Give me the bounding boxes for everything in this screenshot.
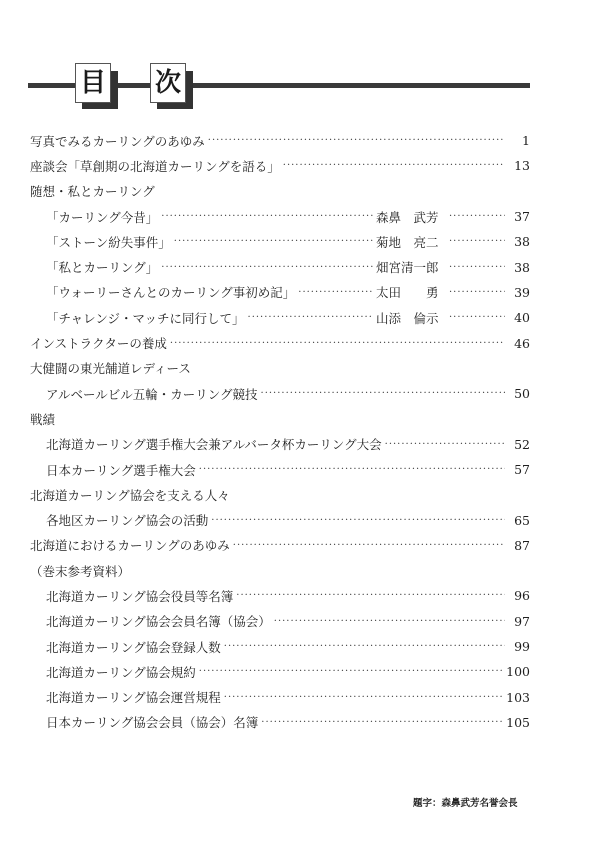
entry-title: 「私とカーリング」: [46, 258, 158, 276]
entry-title: 北海道カーリング協会会員名簿（協会）: [46, 612, 271, 630]
leader-dots: [449, 236, 505, 247]
section-title: （巻末参考資料）: [30, 562, 130, 580]
toc-section-heading: 随想・私とカーリング: [30, 179, 530, 204]
page-number: 46: [508, 336, 530, 351]
page-number: 38: [508, 260, 530, 275]
entry-title: 北海道におけるカーリングのあゆみ: [30, 536, 230, 554]
leader-dots: [161, 262, 373, 273]
toc-entry[interactable]: 北海道カーリング協会登録人数 99: [30, 634, 530, 659]
toc-entry[interactable]: 「カーリング今昔」 森鼻 武芳 37: [30, 204, 530, 229]
page-number: 37: [508, 209, 530, 224]
title-char: 次: [150, 63, 186, 103]
toc-entry[interactable]: 写真でみるカーリングのあゆみ 1: [30, 128, 530, 153]
entry-title: 写真でみるカーリングのあゆみ: [30, 132, 205, 150]
leader-dots: [449, 262, 505, 273]
page-number: 40: [508, 310, 530, 325]
entry-title: アルベールビル五輪・カーリング競技: [46, 385, 258, 403]
toc-entry[interactable]: 日本カーリング選手権大会 57: [30, 457, 530, 482]
toc-entry[interactable]: 北海道カーリング協会会員名簿（協会） 97: [30, 609, 530, 634]
leader-dots: [199, 464, 505, 475]
leader-dots: [170, 338, 505, 349]
page-number: 87: [508, 538, 530, 553]
title-calligraphy-credit: 題字：森鼻武芳名誉会長: [413, 795, 518, 809]
section-title: 北海道カーリング協会を支える人々: [30, 486, 230, 504]
entry-author: 菊地 亮二: [376, 233, 446, 251]
title-box-2: 次: [150, 63, 188, 103]
section-title: 戦績: [30, 410, 55, 428]
leader-dots: [449, 287, 505, 298]
toc-entry[interactable]: 「ストーン紛失事件」 菊地 亮二 38: [30, 229, 530, 254]
entry-title: 「ウォーリーさんとのカーリング事初め記」: [46, 283, 295, 301]
entry-title: 日本カーリング協会会員（協会）名簿: [46, 713, 258, 731]
toc-entry[interactable]: 北海道カーリング協会運営規程 103: [30, 685, 530, 710]
leader-dots: [283, 160, 505, 171]
toc-entry[interactable]: 「ウォーリーさんとのカーリング事初め記」 太田 勇 39: [30, 280, 530, 305]
leader-dots: [261, 717, 503, 728]
toc-section-heading: 戦績: [30, 406, 530, 431]
leader-dots: [233, 540, 505, 551]
leader-dots: [208, 135, 505, 146]
page-number: 39: [508, 285, 530, 300]
leader-dots: [274, 616, 505, 627]
toc-entry[interactable]: 北海道におけるカーリングのあゆみ 87: [30, 533, 530, 558]
leader-dots: [385, 439, 505, 450]
entry-author: 山添 倫示: [376, 309, 446, 327]
entry-title: 北海道カーリング協会登録人数: [46, 638, 221, 656]
table-of-contents: 写真でみるカーリングのあゆみ 1 座談会「草創期の北海道カーリングを語る」 13…: [30, 128, 530, 735]
leader-dots: [298, 287, 373, 298]
entry-title: 「チャレンジ・マッチに同行して」: [46, 309, 245, 327]
toc-entry[interactable]: アルベールビル五輪・カーリング競技 50: [30, 381, 530, 406]
entry-title: 北海道カーリング協会運営規程: [46, 688, 221, 706]
leader-dots: [161, 211, 373, 222]
entry-author: 森鼻 武芳: [376, 208, 446, 226]
leader-dots: [174, 236, 373, 247]
leader-dots: [224, 641, 505, 652]
title-char: 目: [75, 63, 111, 103]
toc-section-heading: 大健闘の東光舗道レディース: [30, 356, 530, 381]
leader-dots: [261, 388, 505, 399]
toc-entry[interactable]: インストラクターの養成 46: [30, 330, 530, 355]
page-number: 1: [508, 133, 530, 148]
entry-title: 各地区カーリング協会の活動: [46, 511, 208, 529]
toc-section-heading: 北海道カーリング協会を支える人々: [30, 482, 530, 507]
entry-title: 北海道カーリング選手権大会兼アルバータ杯カーリング大会: [46, 435, 382, 453]
page-number: 100: [506, 664, 530, 679]
page-number: 38: [508, 234, 530, 249]
leader-dots: [211, 515, 505, 526]
toc-entry[interactable]: 北海道カーリング選手権大会兼アルバータ杯カーリング大会 52: [30, 432, 530, 457]
toc-entry[interactable]: 座談会「草創期の北海道カーリングを語る」 13: [30, 153, 530, 178]
entry-author: 太田 勇: [376, 283, 446, 301]
leader-dots: [449, 312, 505, 323]
title-box-1: 目: [75, 63, 113, 103]
page-number: 50: [508, 386, 530, 401]
toc-entry[interactable]: 北海道カーリング協会規約 100: [30, 659, 530, 684]
toc-entry[interactable]: 日本カーリング協会会員（協会）名簿 105: [30, 710, 530, 735]
page-number: 97: [508, 614, 530, 629]
leader-dots: [199, 666, 503, 677]
page-number: 57: [508, 462, 530, 477]
page-number: 105: [506, 715, 530, 730]
entry-title: インストラクターの養成: [30, 334, 167, 352]
page-number: 96: [508, 588, 530, 603]
entry-title: 日本カーリング選手権大会: [46, 461, 196, 479]
entry-title: 座談会「草創期の北海道カーリングを語る」: [30, 157, 280, 175]
toc-title-bar: 目 次: [28, 56, 530, 106]
page-number: 52: [508, 437, 530, 452]
section-title: 随想・私とカーリング: [30, 182, 155, 200]
leader-dots: [248, 312, 373, 323]
page-number: 103: [506, 690, 530, 705]
toc-entry[interactable]: 北海道カーリング協会役員等名簿 96: [30, 583, 530, 608]
toc-section-heading: （巻末参考資料）: [30, 558, 530, 583]
toc-entry[interactable]: 各地区カーリング協会の活動 65: [30, 507, 530, 532]
section-title: 大健闘の東光舗道レディース: [30, 359, 191, 377]
page-number: 65: [508, 513, 530, 528]
page-number: 99: [508, 639, 530, 654]
leader-dots: [449, 211, 505, 222]
entry-title: 「ストーン紛失事件」: [46, 233, 171, 251]
entry-author: 畑宮清一郎: [376, 258, 446, 276]
entry-title: 北海道カーリング協会規約: [46, 663, 196, 681]
leader-dots: [236, 590, 505, 601]
leader-dots: [224, 692, 503, 703]
entry-title: 北海道カーリング協会役員等名簿: [46, 587, 233, 605]
entry-title: 「カーリング今昔」: [46, 208, 158, 226]
toc-entry[interactable]: 「チャレンジ・マッチに同行して」 山添 倫示 40: [30, 305, 530, 330]
toc-entry[interactable]: 「私とカーリング」 畑宮清一郎 38: [30, 254, 530, 279]
page-number: 13: [508, 158, 530, 173]
